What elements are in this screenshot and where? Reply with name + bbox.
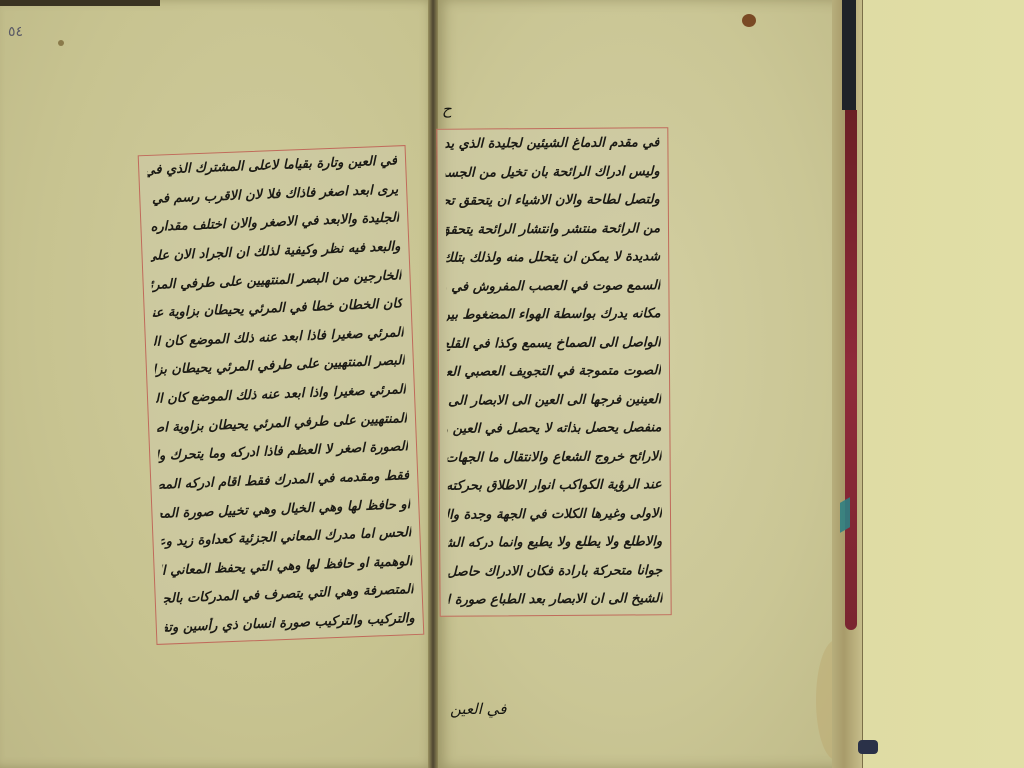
text-line: وليس ادراك الرائحة بان تخيل من الجسم ذي … <box>446 163 660 182</box>
folio-number: ٥٤ <box>8 24 23 40</box>
right-text-block: في مقدم الدماغ الشيئين لجليدة الذي يدرك … <box>436 127 671 617</box>
text-line: او حافظ لها وهي الخيال وهي تخييل صورة ال… <box>160 496 411 524</box>
text-line: المتصرفة وهي التي يتصرف في المدركات بالج… <box>163 581 414 609</box>
text-line: الوهمية او حافظ لها وهي التي يحفظ المعان… <box>162 553 413 581</box>
binding-spine-dark <box>842 0 856 110</box>
text-line: المنتهيين على طرفي المرئي يحيطان بزاوية … <box>157 410 408 438</box>
text-line: في العين وتارة بقياما لاعلى المشترك الذي… <box>147 152 398 180</box>
text-line: الارائح خروج الشعاع والانتقال ما الجهات … <box>448 448 662 467</box>
text-line: منفصل يحصل بذاته لا يحصل في العين ويتأمل… <box>447 419 661 438</box>
text-line: عند الرؤية الكواكب انوار الاطلاق بحركته … <box>448 476 662 495</box>
text-line: السمع صوت في العصب المفروش في مقعر الصما… <box>446 277 660 296</box>
text-line: يرى ابعد اصغر فاذاك فلا لان الاقرب رسم ف… <box>148 181 399 209</box>
text-line: الواصل الى الصماخ يسمع وكذا في القلع الى… <box>447 334 661 353</box>
text-line: والاطلع ولا يطلع ولا يطيع وانما دركه الش… <box>448 533 662 552</box>
text-line: شديدة لا يمكن ان يتحلل منه ولذلك بتلك ال… <box>446 248 660 267</box>
text-line: العينين فرجها الى العين الى الابصار الى … <box>447 391 661 410</box>
text-line: الحس اما مدرك المعاني الجزئية كعداوة زيد… <box>161 524 412 552</box>
text-line: الجليدة والابعد في الاصغر والان اختلف مق… <box>149 210 400 238</box>
stain <box>58 40 64 46</box>
text-line: الشيخ الى ان الابصار بعد الطباع صورة الم… <box>449 590 663 609</box>
text-line: الاولى وغيرها الكلات في الجهة وجدة والما… <box>448 505 662 524</box>
catchword: في العين <box>450 700 506 718</box>
text-line: الخارجين من البصر المنتهيين على طرفي الم… <box>151 267 402 295</box>
binding-spine-red <box>845 110 857 630</box>
text-line: الصورة اصغر لا العظم فاذا ادركه وما يتحر… <box>158 438 409 466</box>
text-line: والبعد فيه نظر وكيفية لذلك ان الجراد الا… <box>150 238 401 266</box>
text-line: الصوت متموجة في التجويف العصبي العصبتين … <box>447 362 661 381</box>
text-line: من الرائحة منتشر وانتشار الرائحة يتحقق م… <box>446 220 660 239</box>
text-line: مكانه يدرك بواسطة الهواء المضغوط بين قار… <box>447 305 661 324</box>
text-line: ولتصل لطاحة والان الاشياء ان يتحقق تحلل … <box>446 191 660 210</box>
text-line: في مقدم الدماغ الشيئين لجليدة الذي يدرك … <box>445 134 659 153</box>
text-line: جوانا متحركة بارادة فكان الادراك حاصل به… <box>448 562 662 581</box>
binding-corner <box>858 740 878 754</box>
teal-ink-mark <box>840 497 850 533</box>
book-gutter <box>428 0 438 768</box>
text-line: المرئي صغيرا واذا ابعد عنه ذلك الموضع كا… <box>156 381 407 409</box>
text-line: فقط ومقدمه في المدرك فقط اقام ادركه المص… <box>159 467 410 495</box>
text-line: المرئي صغيرا فاذا ابعد عنه ذلك الموضع كا… <box>154 324 405 352</box>
left-text-block: في العين وتارة بقياما لاعلى المشترك الذي… <box>138 145 425 645</box>
text-line: البصر المنتهيين على طرفي المرئي يحيطان ب… <box>155 353 406 381</box>
ink-blot <box>742 14 756 27</box>
marginal-note: ح <box>442 100 452 118</box>
text-line: والتركيب والتركيب صورة انسان ذي رأسين وت… <box>165 610 416 638</box>
text-line: كان الخطان خطا في المرئي يحيطان بزاوية ع… <box>152 295 403 323</box>
